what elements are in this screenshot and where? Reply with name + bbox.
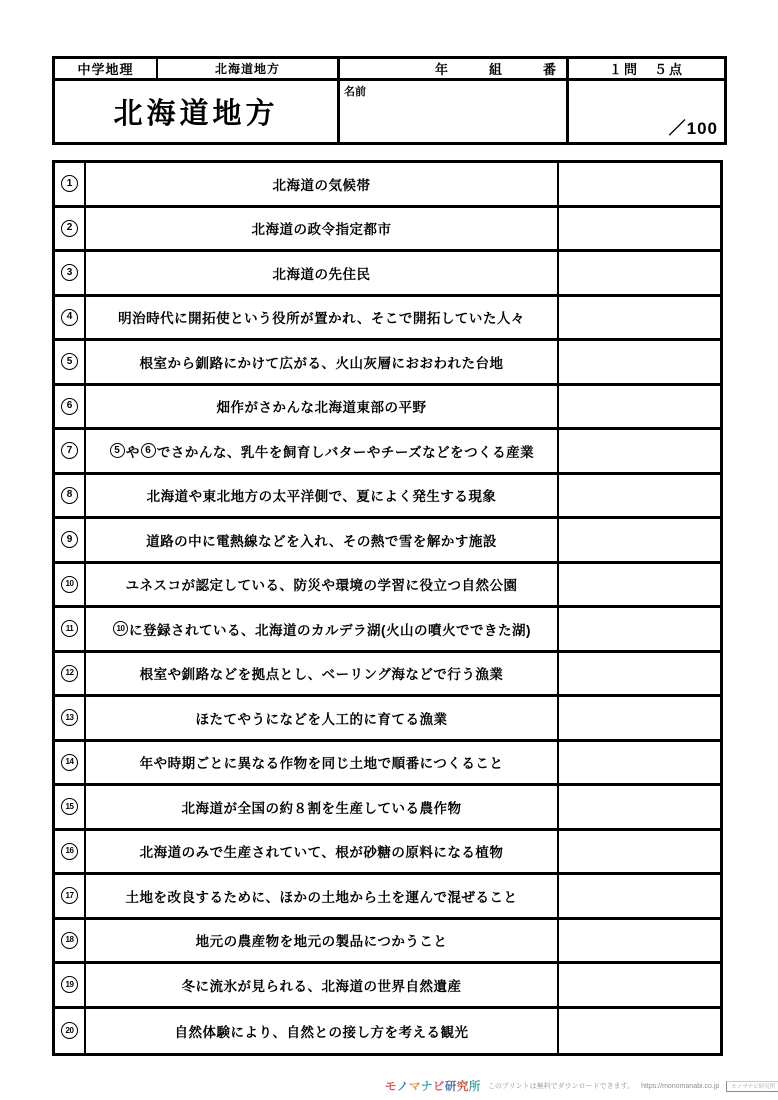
footer: モノマナビ研究所 このプリントは無料でダウンロードできます。 https://m… (385, 1078, 778, 1094)
circled-number: 10 (113, 621, 128, 636)
question-text: 冬に流氷が見られる、北海道の世界自然遺産 (86, 964, 559, 1009)
circled-number: 4 (61, 309, 78, 326)
circled-number: 13 (61, 709, 78, 726)
question-text: 根室から釧路にかけて広がる、火山灰層におおわれた台地 (86, 341, 559, 386)
answer-cell[interactable] (559, 653, 720, 698)
circled-number: 6 (141, 443, 156, 458)
question-number-cell: 13 (55, 697, 86, 742)
circled-number: 5 (61, 353, 78, 370)
question-number-cell: 9 (55, 519, 86, 564)
question-number-cell: 3 (55, 252, 86, 297)
circled-number: 6 (61, 398, 78, 415)
answer-cell[interactable] (559, 875, 720, 920)
score-denominator: ／100 (669, 114, 718, 139)
circled-number: 9 (61, 531, 78, 548)
answer-cell[interactable] (559, 475, 720, 520)
answer-cell[interactable] (559, 341, 720, 386)
question-number-cell: 11 (55, 608, 86, 653)
circled-number: 15 (61, 798, 78, 815)
unit-label: 北海道地方 (158, 59, 340, 81)
answer-cell[interactable] (559, 831, 720, 876)
question-number-cell: 19 (55, 964, 86, 1009)
question-text: 年や時期ごとに異なる作物を同じ土地で順番につくること (86, 742, 559, 787)
question-text: 北海道のみで生産されていて、根が砂糖の原料になる植物 (86, 831, 559, 876)
answer-cell[interactable] (559, 920, 720, 965)
question-text: 北海道が全国の約８割を生産している農作物 (86, 786, 559, 831)
search-input-graphic: モノマナビ研究所 (726, 1081, 778, 1092)
circled-number: 19 (61, 976, 78, 993)
question-number-cell: 16 (55, 831, 86, 876)
score-input-area[interactable]: ／100 (569, 81, 724, 142)
circled-number: 11 (61, 620, 78, 637)
circled-number: 5 (110, 443, 125, 458)
footer-url: https://monomanabi.co.jp (641, 1083, 719, 1090)
circled-number: 20 (61, 1022, 78, 1039)
question-text: 畑作がさかんな北海道東部の平野 (86, 386, 559, 431)
question-number-cell: 8 (55, 475, 86, 520)
answer-cell[interactable] (559, 786, 720, 831)
answer-cell[interactable] (559, 742, 720, 787)
circled-number: 18 (61, 932, 78, 949)
answer-cell[interactable] (559, 608, 720, 653)
answer-cell[interactable] (559, 564, 720, 609)
question-text: 土地を改良するために、ほかの土地から土を運んで混ぜること (86, 875, 559, 920)
question-text: ユネスコが認定している、防災や環境の学習に役立つ自然公園 (86, 564, 559, 609)
name-label: 名前 (344, 83, 366, 99)
search-bar-graphic: モノマナビ研究所 検索 (726, 1081, 778, 1092)
question-number-cell: 20 (55, 1009, 86, 1054)
answer-cell[interactable] (559, 386, 720, 431)
question-text: 根室や釧路などを拠点とし、ベーリング海などで行う漁業 (86, 653, 559, 698)
question-number-cell: 18 (55, 920, 86, 965)
question-text: 地元の農産物を地元の製品につかうこと (86, 920, 559, 965)
question-number-cell: 15 (55, 786, 86, 831)
answer-cell[interactable] (559, 964, 720, 1009)
circled-number: 17 (61, 887, 78, 904)
points-label: １問 ５点 (569, 59, 724, 81)
question-number-cell: 6 (55, 386, 86, 431)
publisher-logo: モノマナビ研究所 (385, 1078, 481, 1094)
question-text: 北海道の政令指定都市 (86, 208, 559, 253)
answer-cell[interactable] (559, 208, 720, 253)
circled-number: 10 (61, 576, 78, 593)
answer-cell[interactable] (559, 1009, 720, 1054)
question-text: 道路の中に電熱線などを入れ、その熱で雪を解かす施設 (86, 519, 559, 564)
question-text: 10に登録されている、北海道のカルデラ湖(火山の噴火でできた湖) (86, 608, 559, 653)
year-label: 年 (435, 59, 448, 78)
question-text: 北海道の先住民 (86, 252, 559, 297)
answer-cell[interactable] (559, 297, 720, 342)
page-title: 北海道地方 (55, 81, 340, 142)
circled-number: 8 (61, 487, 78, 504)
name-input-area[interactable]: 名前 (340, 81, 569, 142)
circled-number: 7 (61, 442, 78, 459)
circled-number: 3 (61, 264, 78, 281)
question-number-cell: 5 (55, 341, 86, 386)
year-class-number-cell: 年 組 番 (340, 59, 569, 81)
question-number-cell: 2 (55, 208, 86, 253)
circled-number: 1 (61, 175, 78, 192)
answer-cell[interactable] (559, 430, 720, 475)
circled-number: 16 (61, 843, 78, 860)
answer-cell[interactable] (559, 519, 720, 564)
question-number-cell: 12 (55, 653, 86, 698)
question-number-cell: 14 (55, 742, 86, 787)
questions-table: 1北海道の気候帯2北海道の政令指定都市3北海道の先住民4明治時代に開拓使という役… (52, 160, 723, 1056)
question-text: 明治時代に開拓使という役所が置かれ、そこで開拓していた人々 (86, 297, 559, 342)
circled-number: 12 (61, 665, 78, 682)
question-text: ほたてやうになどを人工的に育てる漁業 (86, 697, 559, 742)
circled-number: 14 (61, 754, 78, 771)
subject-label: 中学地理 (55, 59, 158, 81)
question-number-cell: 10 (55, 564, 86, 609)
question-text: 自然体験により、自然との接し方を考える観光 (86, 1009, 559, 1054)
answer-cell[interactable] (559, 697, 720, 742)
header-table: 中学地理 北海道地方 年 組 番 １問 ５点 北海道地方 名前 ／100 (52, 56, 727, 145)
question-number-cell: 7 (55, 430, 86, 475)
circled-number: 2 (61, 220, 78, 237)
question-text: 北海道や東北地方の太平洋側で、夏によく発生する現象 (86, 475, 559, 520)
question-number-cell: 4 (55, 297, 86, 342)
question-number-cell: 17 (55, 875, 86, 920)
question-text: 5や6でさかんな、乳牛を飼育しバターやチーズなどをつくる産業 (86, 430, 559, 475)
question-text: 北海道の気候帯 (86, 163, 559, 208)
number-label: 番 (543, 59, 556, 78)
footer-note: このプリントは無料でダウンロードできます。 (488, 1081, 634, 1091)
class-label: 組 (489, 59, 502, 78)
question-number-cell: 1 (55, 163, 86, 208)
answer-cell[interactable] (559, 252, 720, 297)
answer-cell[interactable] (559, 163, 720, 208)
